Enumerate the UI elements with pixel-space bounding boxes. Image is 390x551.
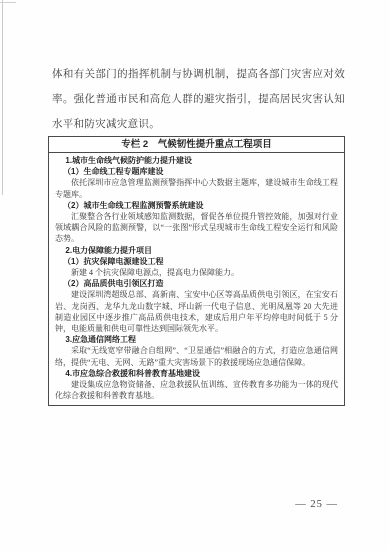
box-paragraph: 建设集成应急物资储备、应急救援队伍训练、宣传教育多功能为一体的现代化综合救援和科… xyxy=(55,379,338,401)
box-heading: （1）抗灾保障电源建设工程 xyxy=(55,256,338,267)
box-heading: （2）高品质供电引领区打造 xyxy=(55,278,338,289)
box-paragraph: 依托深圳市应急管理监测预警指挥中心大数据主题库，建设城市生命线工程专题库。 xyxy=(55,177,338,199)
scan-artifact-horizontal-line xyxy=(0,2,16,3)
box-heading: 2.电力保障能力提升项目 xyxy=(55,245,338,256)
box-heading: 3.应急通信网络工程 xyxy=(55,334,338,345)
document-page: 体和有关部门的指挥机制与协调机制，提高各部门灾害应对效率。强化普通市民和高危人群… xyxy=(0,0,390,551)
scan-artifact-vertical-line xyxy=(2,0,3,195)
box-paragraph: 建设深圳湾超级总部、高新南、宝安中心区等高品质供电引领区，在宝安石岩、龙岗西、龙… xyxy=(55,289,338,334)
box-paragraph: 采取“无线宽窄带融合自组网”、“卫星通信”相融合的方式，打造应急通信网络，提供“… xyxy=(55,345,338,367)
feature-box-body: 1.城市生命线气候防护能力提升建设（1）生命线工程专题库建设依托深圳市应急管理监… xyxy=(49,153,344,405)
box-paragraph: 汇聚整合各行业领域感知监测数据，督促各单位提升管控效能，加强对行业领域耦合风险的… xyxy=(55,211,338,245)
page-number: — 25 — xyxy=(295,499,338,510)
body-paragraph: 体和有关部门的指挥机制与协调机制，提高各部门灾害应对效率。强化普通市民和高危人群… xyxy=(52,62,345,137)
box-heading: （2）城市生命线工程监测预警系统建设 xyxy=(55,200,338,211)
feature-box: 专栏 2 气候韧性提升重点工程项目 1.城市生命线气候防护能力提升建设（1）生命… xyxy=(48,136,345,406)
feature-box-title: 专栏 2 气候韧性提升重点工程项目 xyxy=(49,137,344,153)
box-heading: （1）生命线工程专题库建设 xyxy=(55,166,338,177)
box-heading: 4.市应急综合救援和科普教育基地建设 xyxy=(55,368,338,379)
box-heading: 1.城市生命线气候防护能力提升建设 xyxy=(55,155,338,166)
box-paragraph: 新建 4 个抗灾保障电源点，提高电力保障能力。 xyxy=(55,267,338,278)
